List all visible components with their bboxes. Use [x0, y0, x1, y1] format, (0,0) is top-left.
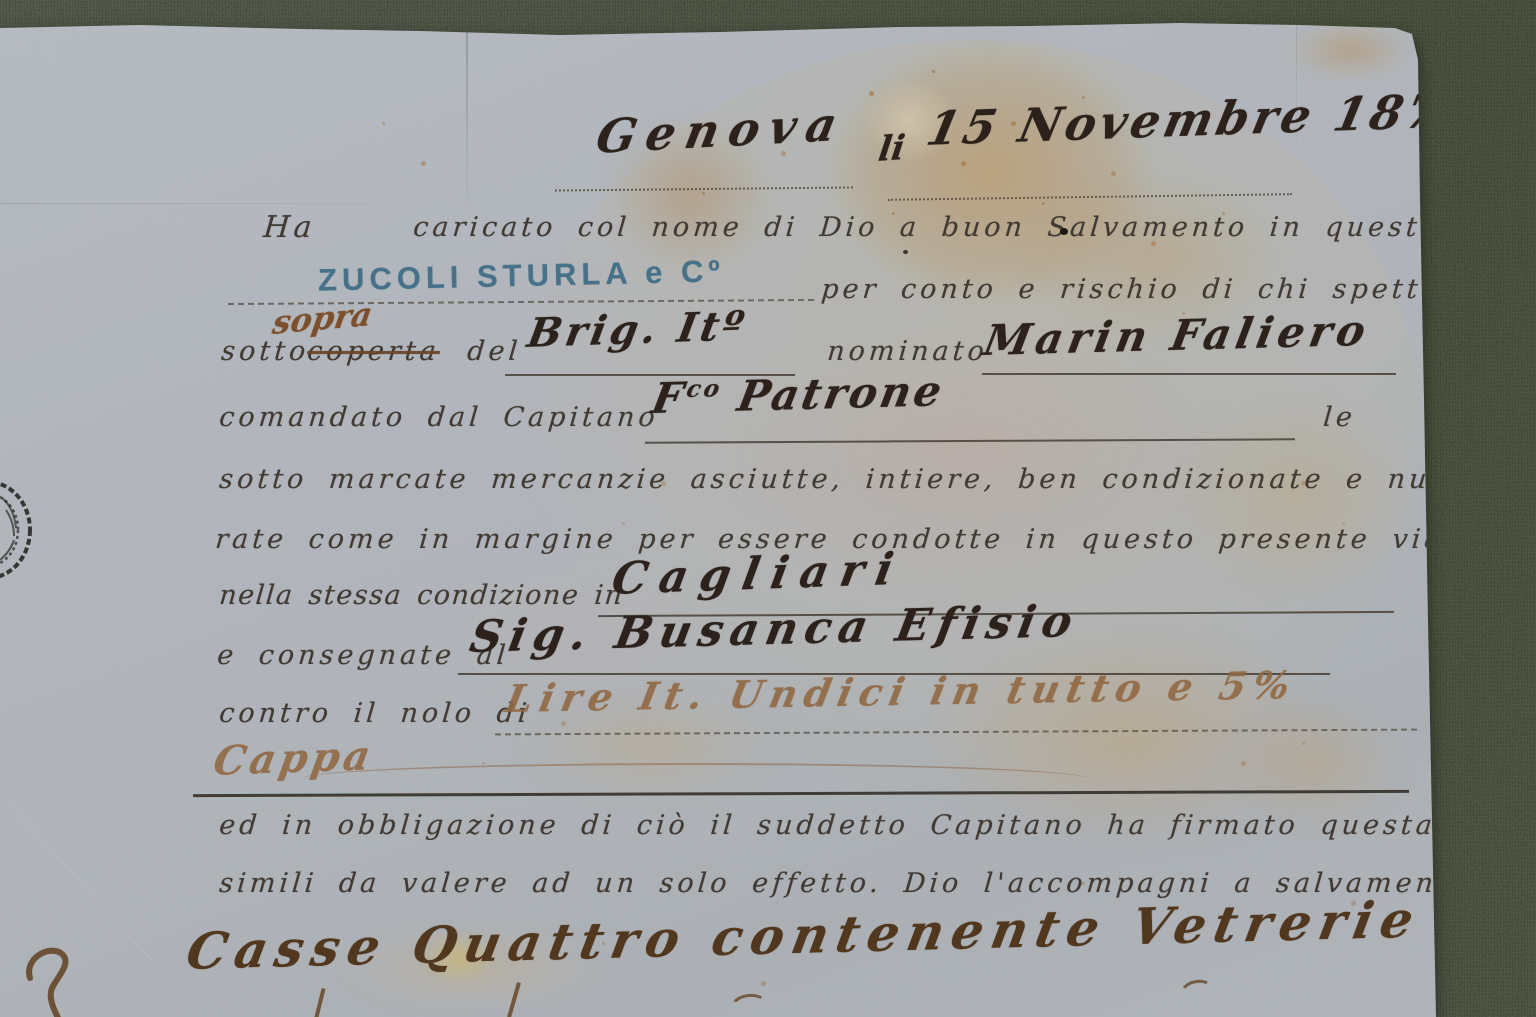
foxing-stain: [1285, 18, 1415, 83]
correction-sopra: sopra: [270, 295, 375, 342]
destination-value: Cagliari: [608, 543, 909, 605]
cargo-line-1: sotto marcate mercanzie asciutte, intier…: [218, 464, 1508, 495]
opening-ha: Ha: [262, 210, 317, 245]
deck-del: del: [466, 336, 523, 367]
ink-blot: [903, 250, 908, 254]
captain-sup: co: [684, 375, 724, 403]
vessel-name: Marin Faliero: [980, 306, 1374, 365]
cappa-note: Cappa: [210, 732, 378, 785]
captain-rest: Patrone: [716, 366, 948, 421]
paper-sheet: Genova li 15 Novembre 1873 Ha caricato c…: [0, 0, 1536, 1017]
captain-name: Fco Patrone: [648, 366, 948, 423]
crease: [0, 203, 480, 204]
deck-struck-word: coperta: [306, 336, 441, 367]
pen-flourish: [18, 938, 98, 1017]
captain-label: comandato dal Capitano: [218, 402, 660, 433]
paper-surface: Genova li 15 Novembre 1873 Ha caricato c…: [0, 0, 1536, 1017]
crease: [466, 26, 468, 221]
vessel-type: Brig. Itº: [524, 302, 751, 357]
photo-canvas: Genova li 15 Novembre 1873 Ha caricato c…: [0, 0, 1536, 1017]
le-word: le: [1322, 402, 1357, 433]
nominato-label: nominato: [826, 336, 989, 367]
opening-line: caricato col nome di Dio a buon Salvamen…: [412, 212, 1442, 243]
destination-label: nella stessa condizione in: [218, 580, 625, 611]
cutoff-stroke: [1178, 977, 1216, 1008]
ink-seal-partial: [0, 476, 62, 586]
paper-fleck: [331, 11, 341, 17]
foxing-speckles: [0, 0, 3, 3]
underline-rule: [982, 373, 1396, 375]
cutoff-stroke: [314, 988, 325, 1017]
ink-blot: [1060, 228, 1068, 235]
cargo-note: Casse Quattro contenente Vetrerie: [182, 889, 1426, 981]
cutoff-stroke: [728, 991, 769, 1017]
closing-line-1: ed in obbligazione di ciò il suddetto Ca…: [218, 810, 1479, 841]
underline-rule: [193, 790, 1409, 797]
cutoff-stroke: [507, 982, 521, 1017]
freight-label: contro il nolo di: [218, 698, 532, 729]
account-line: per conto e rischio di chi spetta: [820, 274, 1443, 305]
deck-sotto: sotto: [220, 336, 311, 367]
